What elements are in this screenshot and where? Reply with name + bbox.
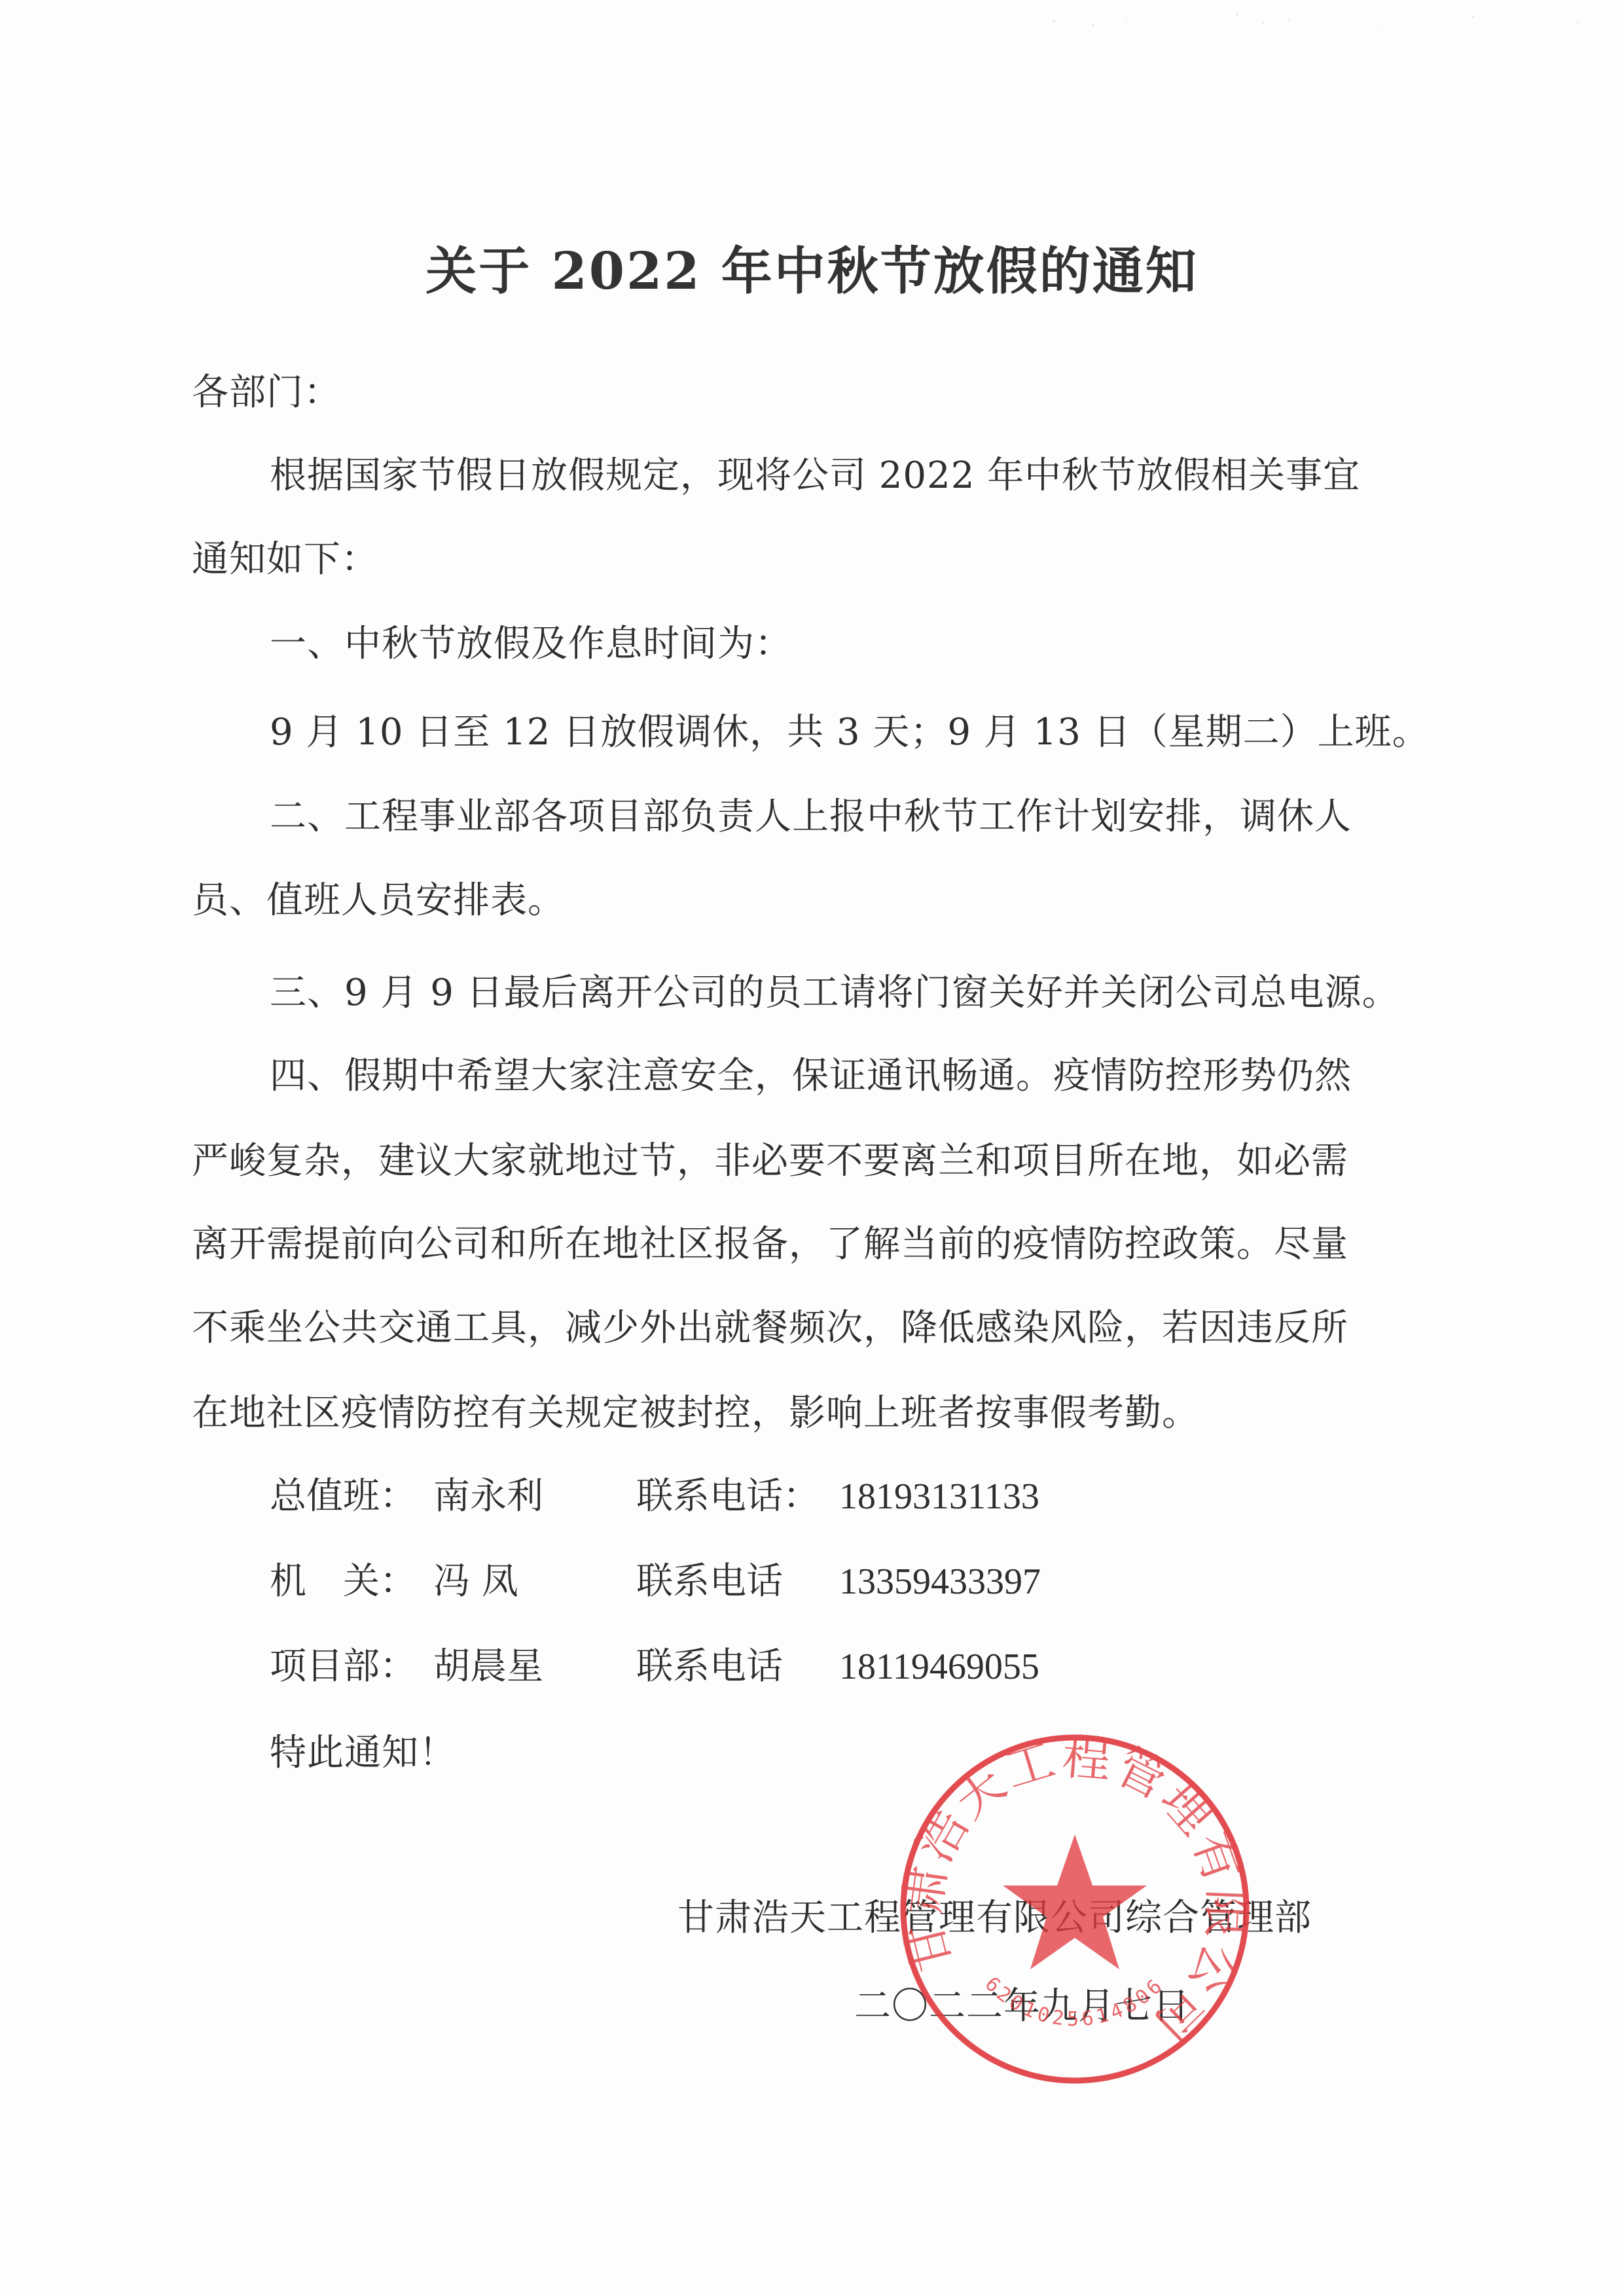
- contact-phone: 13359433397: [839, 1559, 1041, 1605]
- item2-line-1: 二、工程事业部各项目部负责人上报中秋节工作计划安排，调休人: [270, 794, 1352, 840]
- contact-phone-label: 联系电话: [636, 1644, 783, 1690]
- contact-phone: 18193131133: [839, 1474, 1039, 1520]
- intro-paragraph-line-1: 根据国家节假日放假规定，现将公司 2022 年中秋节放假相关事宜: [270, 453, 1360, 499]
- signature-organization: 甘肃浩天工程管理有限公司综合管理部: [677, 1895, 1312, 1941]
- contact-role: 项目部：: [270, 1644, 416, 1690]
- item4-line-3: 离开需提前向公司和所在地社区报备，了解当前的疫情防控政策。尽量: [192, 1222, 1348, 1267]
- salutation: 各部门：: [192, 370, 341, 416]
- item2-line-2: 员、值班人员安排表。: [192, 878, 565, 924]
- item3: 三、9 月 9 日最后离开公司的员工请将门窗关好并关闭公司总电源。: [270, 970, 1399, 1016]
- item4-line-5: 在地社区疫情防控有关规定被封控，影响上班者按事假考勤。: [192, 1391, 1199, 1436]
- item1-detail: 9 月 10 日至 12 日放假调休，共 3 天；9 月 13 日（星期二）上班…: [270, 710, 1430, 756]
- item4-line-1: 四、假期中希望大家注意安全，保证通讯畅通。疫情防控形势仍然: [270, 1053, 1352, 1099]
- contact-phone-label: 联系电话：: [636, 1474, 820, 1520]
- item4-line-4: 不乘坐公共交通工具，减少外出就餐频次，降低感染风险，若因违反所: [192, 1305, 1348, 1351]
- item1-heading: 一、中秋节放假及作息时间为：: [270, 621, 792, 667]
- scan-artifacts: [1015, 7, 1604, 33]
- document-title: 关于 2022 年中秋节放假的通知: [0, 242, 1624, 301]
- contact-role: 机 关：: [270, 1559, 416, 1605]
- signature-date: 二〇二二年九月七日: [854, 1984, 1190, 2030]
- contact-phone: 18119469055: [839, 1644, 1039, 1690]
- contact-name: 南永利: [433, 1474, 543, 1520]
- contact-role: 总值班：: [270, 1474, 416, 1520]
- contact-name: 冯 凤: [433, 1559, 518, 1605]
- intro-paragraph-line-2: 通知如下：: [192, 537, 378, 583]
- item4-line-2: 严峻复杂，建议大家就地过节，非必要不要离兰和项目所在地，如必需: [192, 1139, 1348, 1184]
- contact-phone-label: 联系电话: [636, 1559, 783, 1605]
- closing-remark: 特此通知！: [270, 1730, 456, 1776]
- contact-name: 胡晨星: [433, 1644, 543, 1690]
